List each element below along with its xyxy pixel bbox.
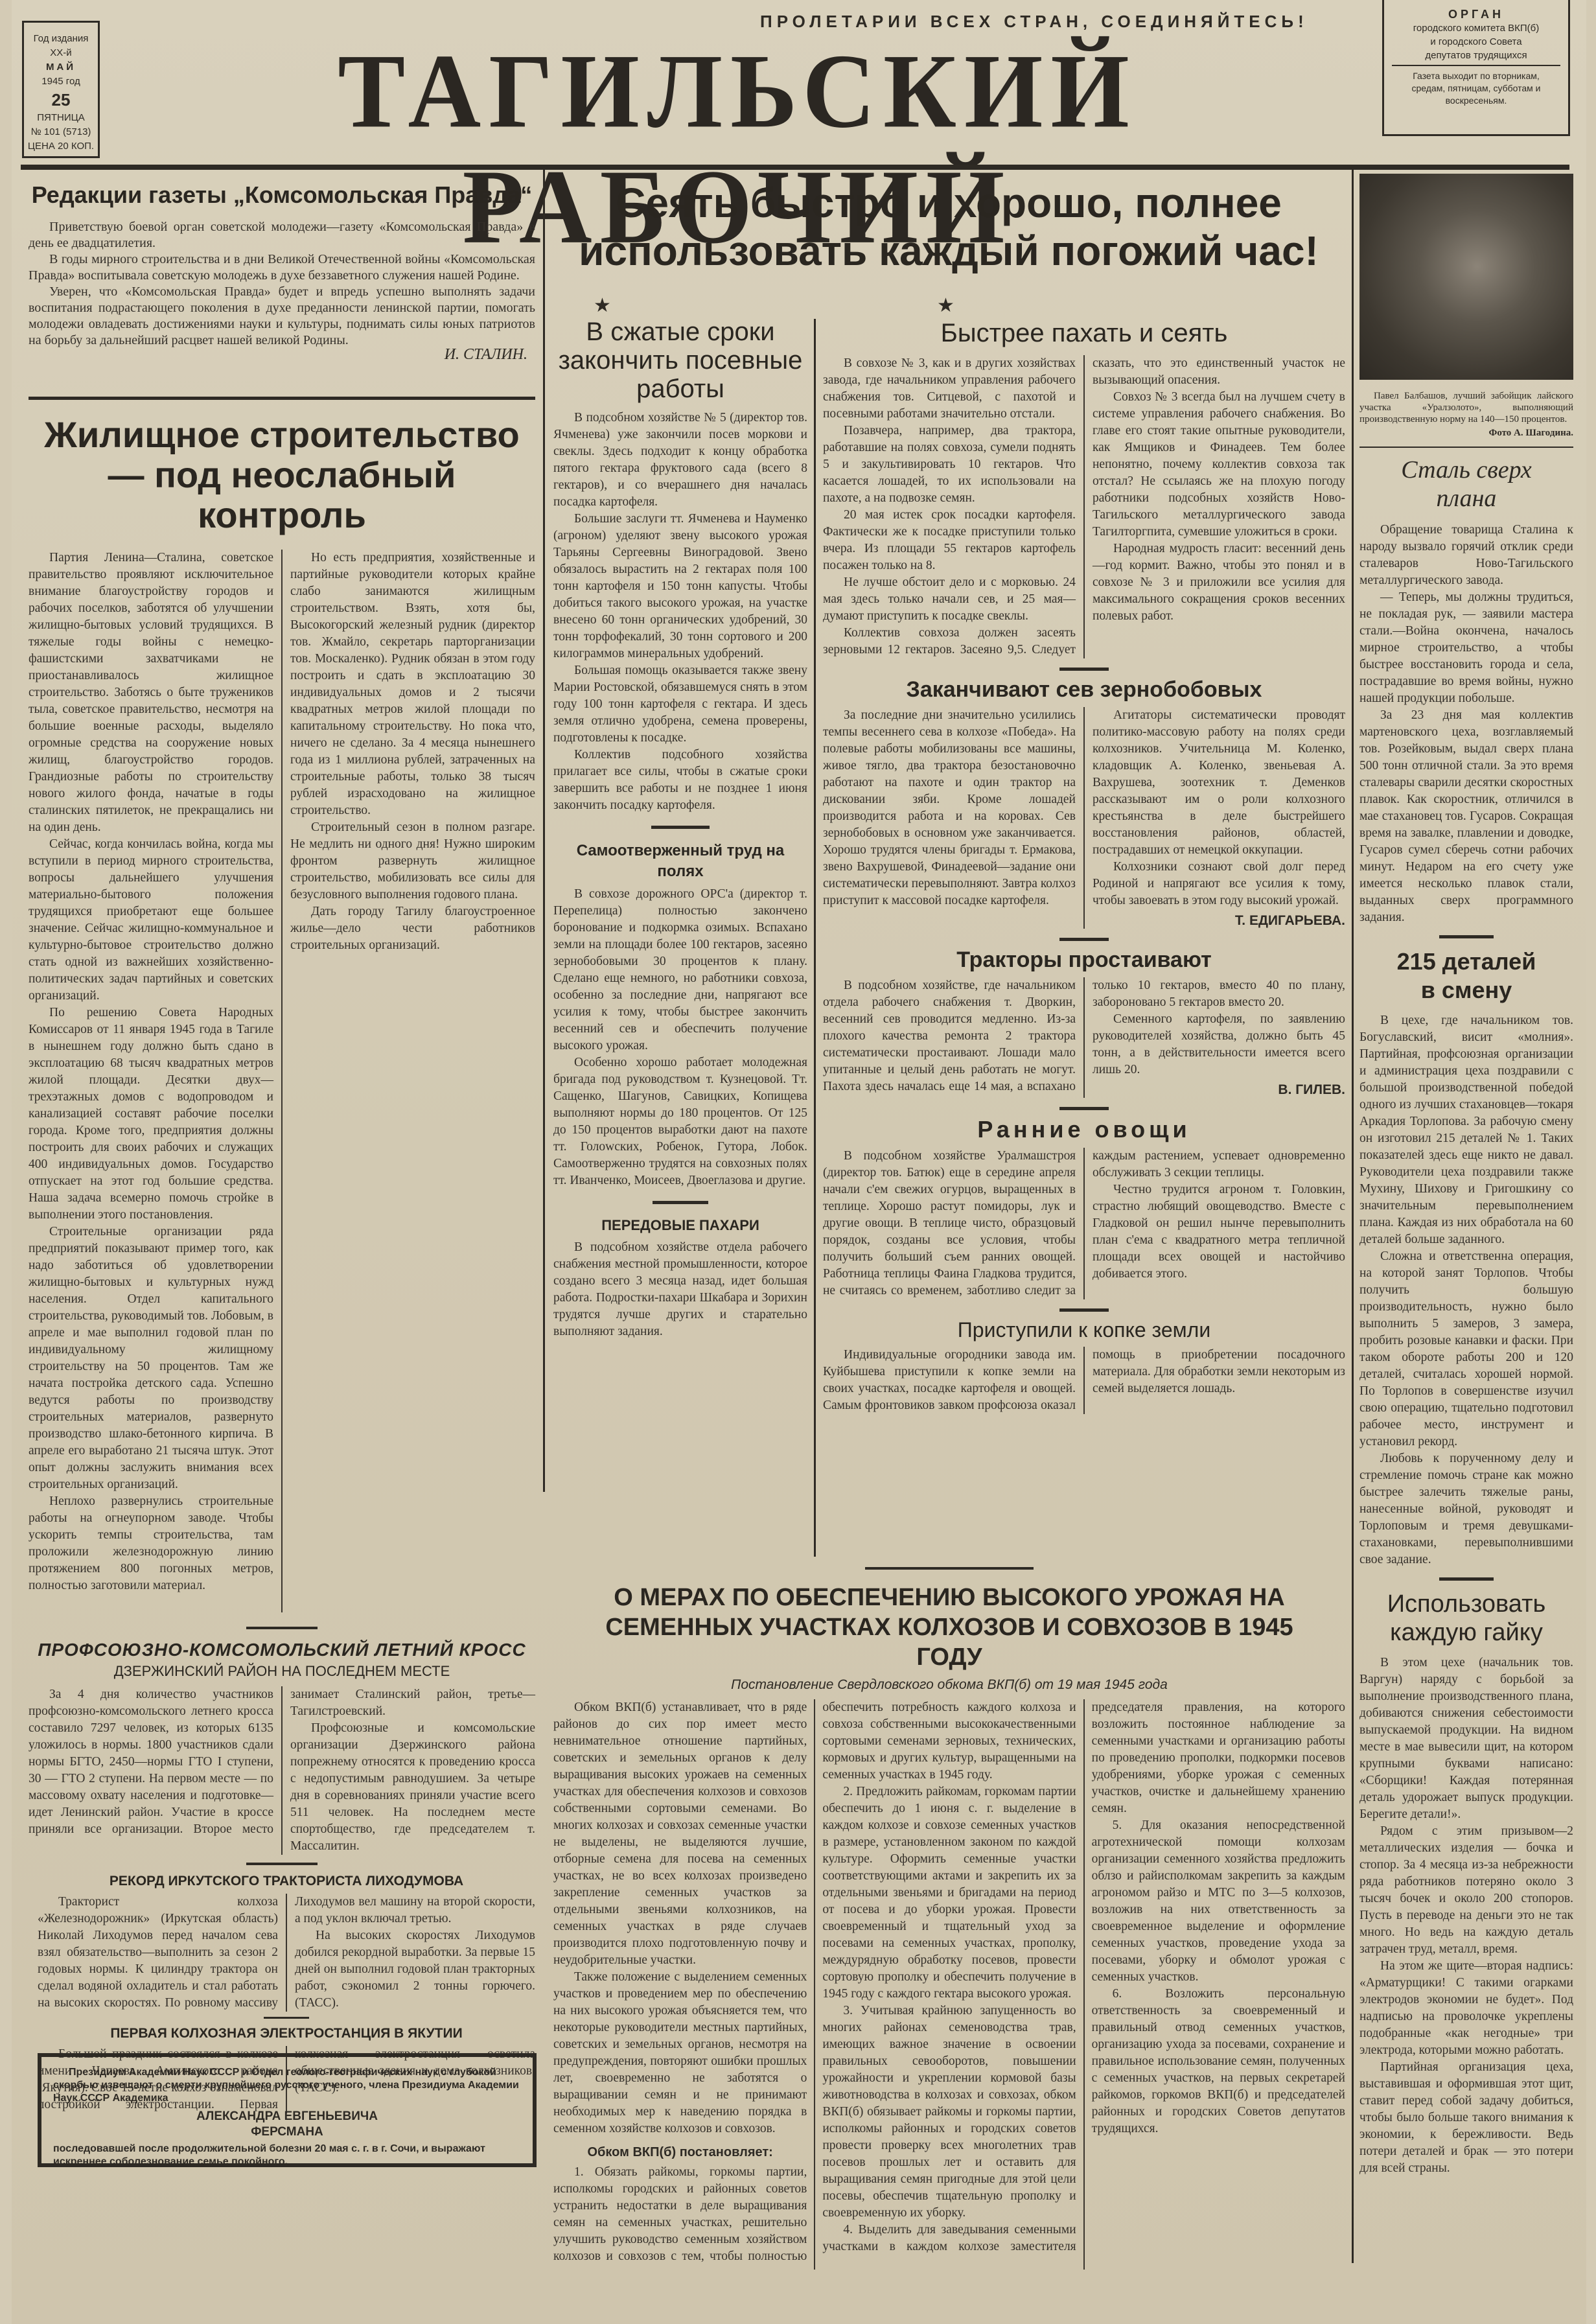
resolution-headline: О МЕРАХ ПО ОБЕСПЕЧЕНИЮ ВЫСОКОГО УРОЖАЯ Н… [553,1583,1345,1672]
obituary-box: Президиум Академии Наук СССР и Отдел гео… [38,2053,537,2167]
compressed-terms-paragraph: Коллектив подсобного хозяйства прилагает… [553,747,807,814]
section-rule [1059,938,1109,941]
housing-paragraph: Партия Ленина—Сталина, советское правите… [29,550,273,836]
faster-plough-paragraph: Позавчера, например, два трактора, работ… [823,423,1076,507]
selfless-labor-paragraph: В совхозе дорожного ОРС'а (директор т. П… [553,886,807,1054]
section-rule [264,2017,309,2019]
housing-article: Жилищное строительство— под неослабный к… [29,415,535,1612]
compressed-terms-paragraph: Большие заслуги тт. Ячменева и Науменко … [553,511,807,662]
faster-plough-paragraph: Совхоз № 3 всегда был на лучшем счету в … [1093,389,1345,540]
dateline-box: Год издания XX-й МАЙ 1945 год 25 ПЯТНИЦА… [22,21,100,158]
digging-paragraph: Индивидуальные огородники завода им. Куй… [823,1347,1345,1414]
cross-country-subhead: ДЗЕРЖИНСКИЙ РАЙОН НА ПОСЛЕДНЕМ МЕСТЕ [29,1662,535,1681]
column-divider [814,319,816,1557]
nut-paragraph: Партийная организация цеха, выставившая … [1359,2059,1573,2177]
center-wide-column: Быстрее пахать и сеять В совхозе № 3, ка… [823,318,1345,1414]
nut-paragraph: В этом цехе (начальник тов. Варгун) наря… [1359,1655,1573,1823]
housing-paragraph: Дать городу Тагилу благоустроенное жилье… [290,903,535,954]
faster-plough-paragraph: Народная мудрость гласит: весенний день—… [1093,540,1345,625]
faster-plough-paragraph: 20 мая истек срок посадки картофеля. Фак… [823,507,1076,574]
masthead-rule [21,165,1569,170]
year: 1945 год [24,75,98,89]
resolution-body: Обком ВКП(б) устанавливает, что в ряде р… [553,1699,1345,2270]
center-narrow-column: В сжатые сроки закончить посевные работы… [553,318,807,1340]
tractors-idle-headline: Тракторы простаивают [823,946,1345,973]
faster-plough-body: В совхозе № 3, как и в других хозяйствах… [823,355,1345,658]
housing-paragraph: Строительный сезон в полном разгаре. Не … [290,819,535,903]
lead-block: Сеять быстро и хорошо, полнее использова… [549,174,1348,275]
nut-headline: Использовать каждую гайку [1359,1590,1573,1647]
digging-body: Индивидуальные огородники завода им. Куй… [823,1347,1345,1414]
housing-paragraph: По решению Совета Народных Комиссаров от… [29,1005,273,1224]
lead-headline: Сеять быстро и хорошо, полнее использова… [549,174,1348,275]
early-vegetables-paragraph: Честно трудится агроном т. Головкин, стр… [1093,1181,1345,1283]
tractors-idle-body: В подсобном хозяйстве, где начальником о… [823,977,1345,1098]
resolution-decree-label: Обком ВКП(б) постановляет: [553,2145,807,2160]
slogan: ПРОЛЕТАРИИ ВСЕХ СТРАН, СОЕДИНЯЙТЕСЬ! [760,12,1343,32]
right-column: Павел Балбашов, лучший забойщик лайского… [1359,174,1573,2177]
faster-plough-headline: Быстрее пахать и сеять [823,318,1345,349]
leading-ploughmen-paragraph: В подсобном хозяйстве отдела рабочего сн… [553,1239,807,1340]
housing-paragraph: Строительные организации ряда предприяти… [29,1224,273,1493]
parts-paragraph: В цехе, где начальником тов. Богуславски… [1359,1012,1573,1248]
housing-paragraph: Сейчас, когда кончилась война, когда мы … [29,836,273,1005]
leading-ploughmen-headline: ПЕРЕДОВЫЕ ПАХАРИ [553,1216,807,1235]
organ-box: ОРГАН городского комитета ВКП(б) и город… [1382,0,1570,136]
section-rule [1059,1308,1109,1312]
tass-record-body: Тракторист колхоза «Железнодорожник» (Ир… [38,1894,535,2012]
housing-body: Партия Ленина—Сталина, советское правите… [29,550,535,1612]
greeting-paragraph: В годы мирного строительства и в дни Вел… [29,251,535,284]
organ-line-3: депутатов трудящихся [1392,49,1560,66]
steel-paragraph: — Теперь, мы должны трудиться, не поклад… [1359,589,1573,707]
compressed-terms-headline: В сжатые сроки закончить посевные работы [553,318,807,403]
newspaper-page: Год издания XX-й МАЙ 1945 год 25 ПЯТНИЦА… [12,0,1586,2324]
cross-country-paragraph: Профсоюзные и комсомольские организации … [290,1720,535,1855]
obituary-surname: ФЕРСМАНА [53,2124,521,2140]
organ-line-1: городского комитета ВКП(б) [1384,21,1568,35]
column-divider [543,170,545,1492]
month: МАЙ [24,60,98,75]
ornament-rule [246,1627,318,1629]
legumes-paragraph: Агитаторы систематически проводят полити… [1093,707,1345,859]
obituary-text: Президиум Академии Наук СССР и Отдел гео… [53,2066,521,2105]
photo-credit: Фото А. Шагодина. [1359,428,1573,439]
star-icon: ★ [937,294,954,317]
legumes-body: За последние дни значительно усилились т… [823,707,1345,929]
greeting-headline: Редакции газеты „Комсомольская Правда“ [29,180,535,210]
section-rule [651,826,710,829]
housing-headline: Жилищное строительство— под неослабный к… [29,415,535,535]
ornament-rule [865,1567,1034,1570]
cross-country-article: ПРОФСОЮЗНО-КОМСОМОЛЬСКИЙ ЛЕТНИЙ КРОСС ДЗ… [29,1627,535,1870]
greeting-paragraph: Уверен, что «Комсомольская Правда» будет… [29,284,535,349]
housing-paragraph: Но есть предприятия, хозяйственные и пар… [290,550,535,819]
parts-paragraph: Любовь к порученному делу и стремление п… [1359,1450,1573,1568]
compressed-terms-paragraph: Большая помощь оказывается также звену М… [553,662,807,747]
star-icon: ★ [594,294,611,317]
section-rule [29,397,535,400]
ornament-rule [246,1863,318,1865]
tass-record-headline: РЕКОРД ИРКУТСКОГО ТРАКТОРИСТА ЛИХОДУМОВА [38,1872,535,1891]
legumes-paragraph: За последние дни значительно усилились т… [823,707,1076,909]
wavy-rule [1359,447,1573,448]
organ-title: ОРГАН [1384,8,1568,21]
housing-paragraph: Неплохо развернулись строительные работы… [29,1493,273,1594]
early-vegetables-body: В подсобном хозяйстве Уралмашстроя (дире… [823,1148,1345,1299]
compressed-terms-paragraph: В подсобном хозяйстве № 5 (директор тов.… [553,410,807,511]
cross-country-body: За 4 дня количество участников профсоюзн… [29,1686,535,1855]
price: ЦЕНА 20 КОП. [24,139,98,154]
section-rule [1439,1577,1494,1581]
parts-paragraph: Сложна и ответственна операция, на котор… [1359,1248,1573,1450]
resolution-paragraph: 2. Предложить райкомам, горкомам партии … [822,1784,1076,2003]
column-divider [1352,170,1354,2263]
early-vegetables-headline: Ранние овощи [823,1115,1345,1144]
steel-paragraph: Обращение товарища Сталина к народу вызв… [1359,522,1573,589]
steel-headline: Сталь сверх плана [1359,456,1573,513]
publication-schedule: Газета выходит по вторникам, средам, пят… [1384,66,1568,107]
portrait-photo [1359,174,1573,380]
organ-line-2: и городского Совета [1384,35,1568,49]
photo-caption: Павел Балбашов, лучший забойщик лайского… [1359,390,1573,425]
steel-paragraph: За 23 дня мая коллектив мартеновского це… [1359,707,1573,926]
section-rule [1439,935,1494,938]
section-rule [653,1201,708,1204]
section-rule [1059,1107,1109,1110]
resolution-subhead: Постановление Свердловского обкома ВКП(б… [553,1677,1345,1693]
tractors-idle-signature: В. ГИЛЕВ. [1093,1082,1345,1098]
publication-year: Год издания XX-й [24,32,98,60]
section-rule [1059,668,1109,671]
parts-headline: 215 деталей в смену [1359,947,1573,1005]
greeting-paragraph: Приветствую боевой орган советской молод… [29,219,535,251]
weekday: ПЯТНИЦА [24,111,98,125]
resolution-paragraph: 5. Для оказания непосредственной агротех… [1092,1817,1345,1986]
selfless-labor-paragraph: Особенно хорошо работает молодежная бриг… [553,1054,807,1189]
resolution-paragraph: 6. Возложить персональную ответственност… [1092,1986,1345,2137]
selfless-labor-headline: Самоотверженный труд на полях [553,841,807,882]
greeting-signature: И. СТАЛИН. [29,346,535,364]
nut-paragraph: На этом же щите—вторая надпись: «Арматур… [1359,1958,1573,2059]
issue-number: № 101 (5713) [24,125,98,139]
resolution-article: О МЕРАХ ПО ОБЕСПЕЧЕНИЮ ВЫСОКОГО УРОЖАЯ Н… [553,1567,1345,2270]
obituary-name: АЛЕКСАНДРА ЕВГЕНЬЕВИЧА [53,2109,521,2124]
tass-record-paragraph: На высоких скоростях Лиходумов добился р… [295,1927,535,2012]
tractors-idle-paragraph: Семенного картофеля, по заявлению руково… [1093,1011,1345,1078]
legumes-paragraph: Колхозники сознают свой долг перед Родин… [1093,859,1345,909]
faster-plough-paragraph: В совхозе № 3, как и в других хозяйствах… [823,355,1076,423]
cross-country-headline: ПРОФСОЮЗНО-КОМСОМОЛЬСКИЙ ЛЕТНИЙ КРОСС [29,1638,535,1662]
stalin-greeting: Редакции газеты „Комсомольская Правда“ П… [29,180,535,364]
resolution-paragraph: Обком ВКП(б) устанавливает, что в ряде р… [553,1699,807,1969]
nut-paragraph: Рядом с этим призывом—2 металлических из… [1359,1823,1573,1958]
faster-plough-paragraph: Не лучше обстоит дело и с морковью. 24 м… [823,574,1076,625]
obituary-text: последовавшей после продолжительной боле… [53,2143,521,2168]
digging-headline: Приступили к копке земли [823,1317,1345,1343]
resolution-paragraph: 3. Учитывая крайнюю запущенность во мног… [822,2003,1076,2222]
legumes-headline: Заканчивают сев зернобобовых [823,676,1345,703]
tass-power-headline: ПЕРВАЯ КОЛХОЗНАЯ ЭЛЕКТРОСТАНЦИЯ В ЯКУТИИ [38,2024,535,2043]
legumes-signature: Т. ЕДИГАРЬЕВА. [1093,913,1345,929]
resolution-paragraph: Также положение с выделением семенных уч… [553,1969,807,2137]
day: 25 [24,89,98,111]
